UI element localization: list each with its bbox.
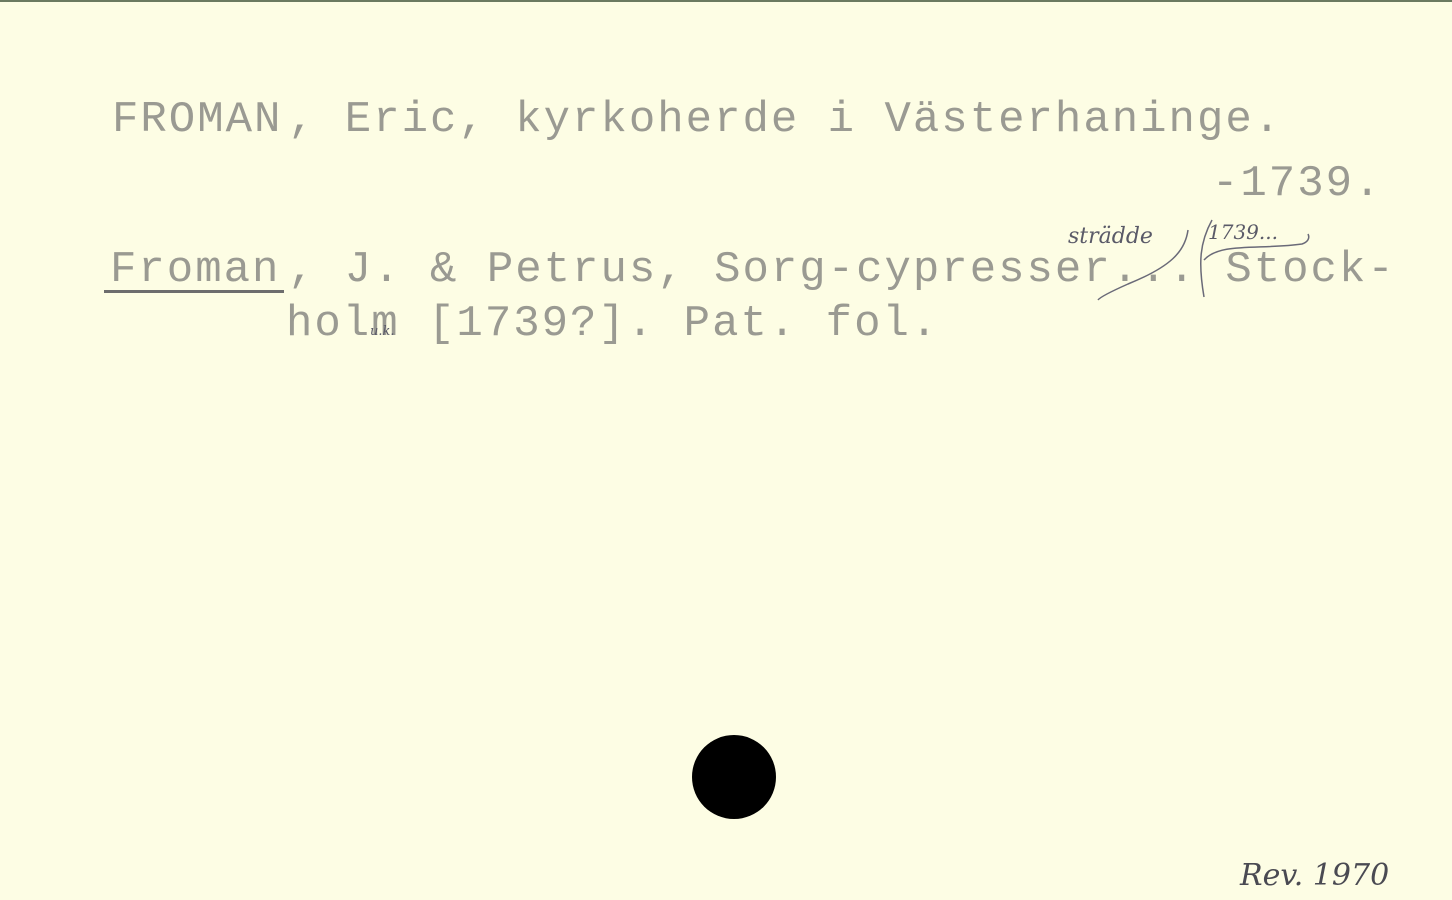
punch-hole bbox=[692, 735, 776, 819]
heading-dates: -1739. bbox=[1212, 162, 1382, 206]
handwritten-uk-note: u.k. bbox=[370, 324, 395, 339]
catalog-card: FROMAN , Eric, kyrkoherde i Västerhaning… bbox=[0, 2, 1452, 900]
handwritten-revision: Rev. 1970 bbox=[1240, 858, 1389, 893]
heading-name: FROMAN bbox=[112, 98, 282, 142]
heading-description: , Eric, kyrkoherde i Västerhaninge. bbox=[288, 98, 1282, 142]
handwritten-insertion-marks bbox=[1040, 212, 1340, 302]
entry-author: Froman bbox=[110, 248, 280, 292]
author-underline bbox=[104, 290, 284, 293]
